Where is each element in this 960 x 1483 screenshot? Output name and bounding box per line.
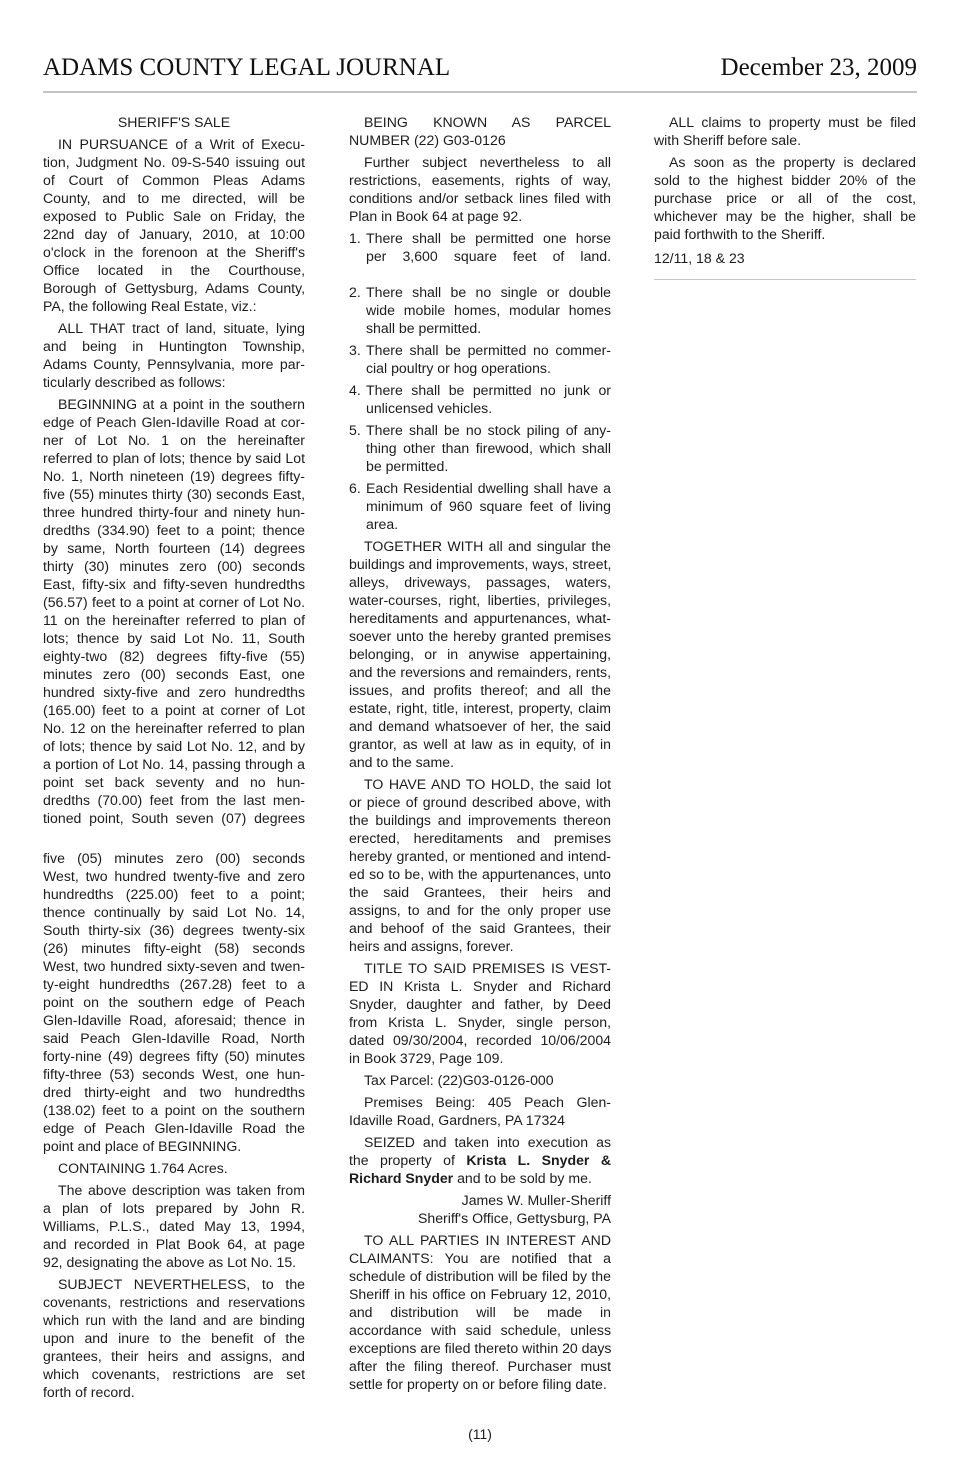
text-line: tion, Judgment No. 09-S-540 issuing out <box>43 153 305 171</box>
left-column: SHERIFF'S SALE IN PURSUANCE of a Writ of… <box>43 113 305 1405</box>
text-line: ty-eight hundredths (267.28) feet to a <box>43 975 305 993</box>
text-line: ALL claims to property must be filed <box>654 113 916 131</box>
seized-text: the property of <box>349 1152 466 1168</box>
text-line: hundred sixty-five and zero hundredths <box>43 683 305 701</box>
defendant-names: Krista L. Snyder & <box>466 1152 611 1168</box>
text-line: of Court of Common Pleas Adams <box>43 171 305 189</box>
page-number: (11) <box>0 1426 960 1442</box>
restriction-item: 4.There shall be permitted no junk orunl… <box>349 381 611 417</box>
sheriff-signature: James W. Muller-Sheriff Sheriff's Office… <box>349 1191 611 1227</box>
text-line: East, fifty-six and fifty-seven hundredt… <box>43 575 305 593</box>
sheriff-office: Sheriff's Office, Gettysburg, PA <box>349 1209 611 1227</box>
text-line: soever unto the hereby granted premises <box>349 627 611 645</box>
spacer <box>43 831 305 849</box>
text-line: TO ALL PARTIES IN INTEREST AND <box>349 1231 611 1249</box>
containing-paragraph: CONTAINING 1.764 Acres. <box>43 1159 305 1177</box>
text-line: Premises Being: 405 Peach Glen- <box>349 1093 611 1111</box>
text-line: Office located in the Courthouse, <box>43 261 305 279</box>
text-line: with Sheriff before sale. <box>654 131 916 149</box>
text-line: TOGETHER WITH all and singular the <box>349 537 611 555</box>
text-line: conditions and/or setback lines filed wi… <box>349 189 611 207</box>
pursuance-paragraph: IN PURSUANCE of a Writ of Execu-tion, Ju… <box>43 135 305 315</box>
restriction-text: There shall be no stock piling of any- <box>366 421 611 439</box>
description-source-paragraph: The above description was taken froma pl… <box>43 1181 305 1271</box>
parcel-paragraph: BEING KNOWN AS PARCELNUMBER (22) G03-012… <box>349 113 611 149</box>
text-line: by same, North fourteen (14) degrees <box>43 539 305 557</box>
restriction-text: There shall be permitted one horse <box>366 229 611 247</box>
text-line: point on the southern edge of Peach <box>43 993 305 1011</box>
habendum-paragraph: TO HAVE AND TO HOLD, the said lotor piec… <box>349 775 611 955</box>
restriction-text: area. <box>366 515 611 533</box>
restriction-item: 6.Each Residential dwelling shall have a… <box>349 479 611 533</box>
text-line: As soon as the property is declared <box>654 153 916 171</box>
text-line: and being in Huntington Township, <box>43 337 305 355</box>
payment-terms-paragraph: As soon as the property is declaredsold … <box>654 153 916 243</box>
text-line: grantees, their heirs and assigns, and <box>43 1347 305 1365</box>
restrictions-list: 1.There shall be permitted one horseper … <box>349 229 611 533</box>
run-dates: 12/11, 18 & 23 <box>654 249 916 267</box>
text-line: 22nd day of January, 2010, at 10:00 <box>43 225 305 243</box>
heading-text: SHERIFF'S SALE <box>43 113 305 131</box>
text-line: dred thirty-eight and two hundredths <box>43 1083 305 1101</box>
text-line: dated 09/30/2004, recorded 10/06/2004 <box>349 1031 611 1049</box>
text-line: CLAIMANTS: You are notified that a <box>349 1249 611 1267</box>
text-line: erected, hereditaments and premises <box>349 829 611 847</box>
text-line: dredths (70.00) feet from the last men- <box>43 791 305 809</box>
text-line: estate, right, title, interest, property… <box>349 699 611 717</box>
text-line: restrictions, easements, rights of way, <box>349 171 611 189</box>
title-vested-paragraph: TITLE TO SAID PREMISES IS VEST-ED IN Kri… <box>349 959 611 1067</box>
text-line: BEGINNING at a point in the southern <box>43 395 305 413</box>
text-line: upon and inure to the benefit of the <box>43 1329 305 1347</box>
text-line: the said Grantees, their heirs and <box>349 883 611 901</box>
text-line: assigns, to and for the only proper use <box>349 901 611 919</box>
text-line: ALL THAT tract of land, situate, lying <box>43 319 305 337</box>
text-line: grantor, as well at law as in equity, of… <box>349 735 611 753</box>
text-line: a plan of lots prepared by John R. <box>43 1199 305 1217</box>
restriction-number: 1. <box>349 229 361 247</box>
text-line: hereby granted, or mentioned and intend- <box>349 847 611 865</box>
restriction-number: 6. <box>349 479 361 497</box>
text-line: point and place of BEGINNING. <box>43 1137 305 1155</box>
notice-heading: SHERIFF'S SALE <box>43 113 305 131</box>
restriction-text: cial poultry or hog operations. <box>366 359 611 377</box>
restriction-item: 5.There shall be no stock piling of any-… <box>349 421 611 475</box>
text-line: Adams County, Pennsylvania, more par- <box>43 355 305 373</box>
premises-paragraph: Premises Being: 405 Peach Glen-Idaville … <box>349 1093 611 1129</box>
text-line: referred to plan of lots; thence by said… <box>43 449 305 467</box>
text-line: five (55) minutes thirty (30) seconds Ea… <box>43 485 305 503</box>
text-line: three hundred thirty-four and ninety hun… <box>43 503 305 521</box>
text-line: whichever may be the higher, shall be <box>654 207 916 225</box>
text-line: eighty-two (82) degrees fifty-five (55) <box>43 647 305 665</box>
text-line: and distribution will be made in <box>349 1303 611 1321</box>
text-line: forth of record. <box>43 1383 305 1401</box>
header-divider <box>43 91 917 93</box>
restriction-text: There shall be permitted no junk or <box>366 381 611 399</box>
seized-line-1: SEIZED and taken into execution as <box>349 1133 611 1151</box>
restriction-text: minimum of 960 square feet of living <box>366 497 611 515</box>
text-line: schedule of distribution will be filed b… <box>349 1267 611 1285</box>
tax-parcel-paragraph: Tax Parcel: (22)G03-0126-000 <box>349 1071 611 1089</box>
restriction-number: 5. <box>349 421 361 439</box>
beginning-continued: five (05) minutes zero (00) secondsWest,… <box>43 849 305 1155</box>
restriction-item: 1.There shall be permitted one horseper … <box>349 229 611 265</box>
distribution-notice-paragraph: TO ALL PARTIES IN INTEREST ANDCLAIMANTS:… <box>349 1231 611 1393</box>
text-line: Borough of Gettysburg, Adams County, <box>43 279 305 297</box>
acreage-text: CONTAINING 1.764 Acres. <box>43 1159 305 1177</box>
text-line: lots; thence by said Lot No. 11, South <box>43 629 305 647</box>
text-line: thirty (30) minutes zero (00) seconds <box>43 557 305 575</box>
journal-title: ADAMS COUNTY LEGAL JOURNAL <box>43 52 450 84</box>
text-line: SUBJECT NEVERTHELESS, to the <box>43 1275 305 1293</box>
text-line: purchase price or all of the cost, <box>654 189 916 207</box>
seized-line-2: the property of Krista L. Snyder & <box>349 1151 611 1169</box>
beginning-paragraph: BEGINNING at a point in the southernedge… <box>43 395 305 827</box>
together-with-paragraph: TOGETHER WITH all and singular thebuildi… <box>349 537 611 771</box>
text-line: which run with the land and are binding <box>43 1311 305 1329</box>
text-line: o'clock in the forenoon at the Sheriff's <box>43 243 305 261</box>
text-line: and behoof of the said Grantees, their <box>349 919 611 937</box>
further-subject-paragraph: Further subject nevertheless to allrestr… <box>349 153 611 225</box>
text-line: after the filing thereof. Purchaser must <box>349 1357 611 1375</box>
text-line: Glen-Idaville Road, aforesaid; thence in <box>43 1011 305 1029</box>
tax-parcel-text: Tax Parcel: (22)G03-0126-000 <box>349 1071 611 1089</box>
restriction-text: be permitted. <box>366 457 611 475</box>
restriction-text: shall be permitted. <box>366 319 611 337</box>
text-line: edge of Peach Glen-Idaville Road at cor- <box>43 413 305 431</box>
text-line: TITLE TO SAID PREMISES IS VEST- <box>349 959 611 977</box>
text-line: edge of Peach Glen-Idaville Road the <box>43 1119 305 1137</box>
text-line: five (05) minutes zero (00) seconds <box>43 849 305 867</box>
text-line: exposed to Public Sale on Friday, the <box>43 207 305 225</box>
restriction-text: thing other than firewood, which shall <box>366 439 611 457</box>
defendant-names-cont: Richard Snyder <box>349 1170 453 1186</box>
text-line: issues, and profits thereof; and all the <box>349 681 611 699</box>
text-line: (56.57) feet to a point at corner of Lot… <box>43 593 305 611</box>
text-line: The above description was taken from <box>43 1181 305 1199</box>
text-line: which covenants, restrictions are set <box>43 1365 305 1383</box>
text-line: belonging, or in anywise appertaining, <box>349 645 611 663</box>
text-line: 92, designating the above as Lot No. 15. <box>43 1253 305 1271</box>
text-line: dredths (334.90) feet to a point; thence <box>43 521 305 539</box>
middle-column: BEING KNOWN AS PARCELNUMBER (22) G03-012… <box>349 113 611 1397</box>
restriction-number: 4. <box>349 381 361 399</box>
run-dates-paragraph: 12/11, 18 & 23 <box>654 249 916 267</box>
text-line: ed so to be, with the appurtenances, unt… <box>349 865 611 883</box>
text-line: forty-nine (49) degrees fifty (50) minut… <box>43 1047 305 1065</box>
text-line: ner of Lot No. 1 on the hereinafter <box>43 431 305 449</box>
text-line: alleys, driveways, passages, waters, <box>349 573 611 591</box>
text-line: point set back seventy and no hun- <box>43 773 305 791</box>
text-line: and recorded in Plat Book 64, at page <box>43 1235 305 1253</box>
text-line: tioned point, South seven (07) degrees <box>43 809 305 827</box>
text-line: Plan in Book 64 at page 92. <box>349 207 611 225</box>
text-line: (26) minutes fifty-eight (58) seconds <box>43 939 305 957</box>
text-line: minutes zero (00) seconds East, one <box>43 665 305 683</box>
text-line: exceptions are filed thereto within 20 d… <box>349 1339 611 1357</box>
text-line: South thirty-six (36) degrees twenty-six <box>43 921 305 939</box>
text-line: West, two hundred twenty-five and zero <box>43 867 305 885</box>
text-line: ticularly described as follows: <box>43 373 305 391</box>
restriction-text: unlicensed vehicles. <box>366 399 611 417</box>
text-line: heirs and assigns, forever. <box>349 937 611 955</box>
text-line: settle for property on or before filing … <box>349 1375 611 1393</box>
text-line: accordance with said schedule, unless <box>349 1321 611 1339</box>
text-line: Snyder, daughter and father, by Deed <box>349 995 611 1013</box>
text-line: BEING KNOWN AS PARCEL <box>349 113 611 131</box>
restriction-number: 3. <box>349 341 361 359</box>
restriction-text: per 3,600 square feet of land. <box>366 247 611 265</box>
text-line: No. 1, North nineteen (19) degrees fifty… <box>43 467 305 485</box>
right-column: ALL claims to property must be filedwith… <box>654 113 916 280</box>
text-line: and demand whatsoever of her, the said <box>349 717 611 735</box>
text-line: and to the same. <box>349 753 611 771</box>
text-line: of lots; thence by said Lot No. 12, and … <box>43 737 305 755</box>
text-line: ED IN Krista L. Snyder and Richard <box>349 977 611 995</box>
subject-paragraph: SUBJECT NEVERTHELESS, to thecovenants, r… <box>43 1275 305 1401</box>
issue-date: December 23, 2009 <box>721 52 917 84</box>
seized-paragraph: SEIZED and taken into execution as the p… <box>349 1133 611 1187</box>
restriction-text: There shall be permitted no commer- <box>366 341 611 359</box>
text-line: hundredths (225.00) feet to a point; <box>43 885 305 903</box>
text-line: hereditaments and appurtenances, what- <box>349 609 611 627</box>
tract-paragraph: ALL THAT tract of land, situate, lyingan… <box>43 319 305 391</box>
text-line: 11 on the hereinafter referred to plan o… <box>43 611 305 629</box>
restriction-item: 3.There shall be permitted no commer-cia… <box>349 341 611 377</box>
text-line: sold to the highest bidder 20% of the <box>654 171 916 189</box>
text-line: Sheriff in his office on February 12, 20… <box>349 1285 611 1303</box>
restriction-item: 2.There shall be no single or doublewide… <box>349 283 611 337</box>
text-line: a portion of Lot No. 14, passing through… <box>43 755 305 773</box>
text-line: Williams, P.L.S., dated May 13, 1994, <box>43 1217 305 1235</box>
restriction-text: There shall be no single or double <box>366 283 611 301</box>
sheriff-name: James W. Muller-Sheriff <box>349 1191 611 1209</box>
text-line: or piece of ground described above, with <box>349 793 611 811</box>
text-line: IN PURSUANCE of a Writ of Execu- <box>43 135 305 153</box>
text-line: the buildings and improvements thereon <box>349 811 611 829</box>
text-line: County, and to me directed, will be <box>43 189 305 207</box>
restriction-text: Each Residential dwelling shall have a <box>366 479 611 497</box>
text-line: in Book 3729, Page 109. <box>349 1049 611 1067</box>
text-line: water-courses, right, liberties, privile… <box>349 591 611 609</box>
text-line: PA, the following Real Estate, viz.: <box>43 297 305 315</box>
seized-text-end: and to be sold by me. <box>453 1170 592 1186</box>
text-line: (165.00) feet to a point at corner of Lo… <box>43 701 305 719</box>
text-line: Further subject nevertheless to all <box>349 153 611 171</box>
text-line: TO HAVE AND TO HOLD, the said lot <box>349 775 611 793</box>
text-line: from Krista L. Snyder, single person, <box>349 1013 611 1031</box>
text-line: NUMBER (22) G03-0126 <box>349 131 611 149</box>
notice-end-divider <box>654 279 916 280</box>
text-line: paid forthwith to the Sheriff. <box>654 225 916 243</box>
text-line: thence continually by said Lot No. 14, <box>43 903 305 921</box>
seized-line-3: Richard Snyder and to be sold by me. <box>349 1169 611 1187</box>
restriction-text: wide mobile homes, modular homes <box>366 301 611 319</box>
restriction-number: 2. <box>349 283 361 301</box>
text-line: fifty-three (53) seconds West, one hun- <box>43 1065 305 1083</box>
text-line: (138.02) feet to a point on the southern <box>43 1101 305 1119</box>
text-line: covenants, restrictions and reservations <box>43 1293 305 1311</box>
text-line: No. 12 on the hereinafter referred to pl… <box>43 719 305 737</box>
text-line: West, two hundred sixty-seven and twen- <box>43 957 305 975</box>
text-line: Idaville Road, Gardners, PA 17324 <box>349 1111 611 1129</box>
text-line: and the reversions and remainders, rents… <box>349 663 611 681</box>
text-line: buildings and improvements, ways, street… <box>349 555 611 573</box>
claims-paragraph: ALL claims to property must be filedwith… <box>654 113 916 149</box>
text-line: said Peach Glen-Idaville Road, North <box>43 1029 305 1047</box>
